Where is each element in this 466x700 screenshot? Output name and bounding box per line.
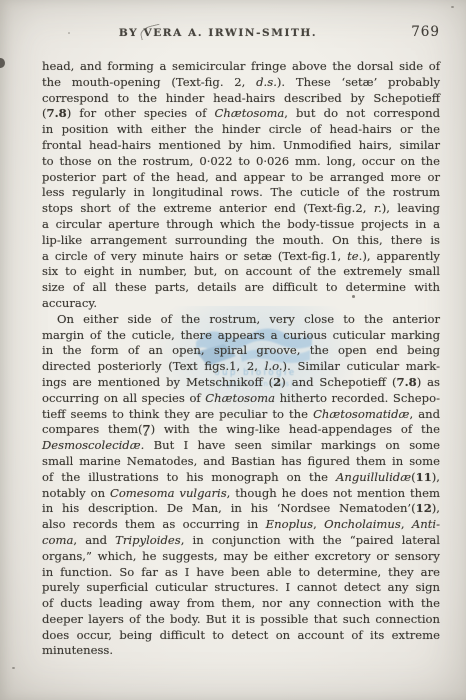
text-line: in his description. De Man, in his ‘Nord… — [42, 501, 440, 517]
taxon-or-abbrev: Chætosoma — [205, 391, 275, 405]
text-line: organs,” which, he suggests, may be eith… — [42, 549, 440, 565]
scan-speck — [352, 295, 355, 298]
text-line: minuteness. — [42, 643, 440, 659]
text-line: coma, and Tripyloides, in conjunction wi… — [42, 533, 440, 549]
taxon-or-abbrev: Tripyloides — [115, 533, 181, 547]
text-line: notably on Comesoma vulgaris, though he … — [42, 486, 440, 502]
reference-number: 12 — [416, 501, 432, 515]
taxon-or-abbrev: Chætosomatidæ — [313, 407, 409, 421]
scan-speck — [451, 6, 454, 8]
text-line: in the form of an open, spiral groove, t… — [42, 343, 440, 359]
reference-number: 7.8 — [397, 375, 417, 389]
text-line: correspond to the hinder head-hairs desc… — [42, 91, 440, 107]
scan-speck — [144, 433, 147, 436]
taxon-or-abbrev: Desmoscolecidæ. — [42, 438, 144, 452]
reference-number: 7.8 — [47, 106, 67, 120]
text-line: a circular aperture through which the bo… — [42, 217, 440, 233]
text-line: margin of the cuticle, there appears a c… — [42, 328, 440, 344]
reference-number: 11 — [416, 470, 432, 484]
paragraph: head, and forming a semicircular fringe … — [42, 59, 440, 312]
taxon-or-abbrev: coma — [42, 533, 73, 547]
text-line: size of all these parts, details are dif… — [42, 280, 440, 296]
text-line: ings are mentioned by Metschnikoff (2) a… — [42, 375, 440, 391]
taxon-or-abbrev: Anti- — [412, 517, 440, 531]
paragraph: On either side of the rostrum, very clos… — [42, 312, 440, 660]
running-header: BY VERA A. IRWIN-SMITH. — [28, 27, 408, 39]
text-line: lip-like arrangement surrounding the mou… — [42, 233, 440, 249]
text-line: the mouth-opening (Text-fig. 2, d.s.). T… — [42, 75, 440, 91]
text-line: posterior part of the head, and appear t… — [42, 170, 440, 186]
text-line: (7.8) for other species of Chætosoma, bu… — [42, 106, 440, 122]
taxon-or-abbrev: Comesoma vulgaris — [110, 486, 227, 500]
taxon-or-abbrev: Anguillulidæ — [336, 470, 411, 484]
taxon-or-abbrev: Oncholaimus — [324, 517, 401, 531]
body-text-column: head, and forming a semicircular fringe … — [42, 59, 440, 659]
text-line: deeper layers of the body. But it is pos… — [42, 612, 440, 628]
text-line: in function. So far as I have been able … — [42, 565, 440, 581]
text-line: directed posteriorly (Text figs.1, 2, l.… — [42, 359, 440, 375]
taxon-or-abbrev: te. — [347, 249, 362, 263]
taxon-or-abbrev: Enoplus — [266, 517, 313, 531]
text-line: also records them as occurring in Enoplu… — [42, 517, 440, 533]
text-line: Desmoscolecidæ. But I have seen similar … — [42, 438, 440, 454]
text-line: frontal head-hairs mentioned by him. Unm… — [42, 138, 440, 154]
text-line: stops short of the extreme anterior end … — [42, 201, 440, 217]
scanned-book-page: BY VERA A. IRWIN-SMITH. 769 oup biologie… — [0, 0, 466, 700]
scan-speck — [420, 240, 422, 242]
text-line: less regularly in longitudinal rows. The… — [42, 185, 440, 201]
text-line: tieff seems to think they are peculiar t… — [42, 407, 440, 423]
text-line: On either side of the rostrum, very clos… — [42, 312, 440, 328]
reference-number: 2 — [273, 375, 281, 389]
text-line: a circle of very minute hairs or setæ (T… — [42, 249, 440, 265]
text-line: compares them(7) with the wing-like head… — [42, 422, 440, 438]
text-line: to those on the rostrum, 0·022 to 0·026 … — [42, 154, 440, 170]
text-line: accuracy. — [42, 296, 440, 312]
text-line: of the illustrations to his monograph on… — [42, 470, 440, 486]
text-line: of ducts leading away from them, nor any… — [42, 596, 440, 612]
scan-ink-blob — [0, 58, 5, 68]
taxon-or-abbrev: Chætosoma — [215, 106, 285, 120]
text-line: occurring on all species of Chætosoma hi… — [42, 391, 440, 407]
page-number: 769 — [411, 24, 440, 40]
taxon-or-abbrev: d.s. — [256, 75, 277, 89]
text-line: does occur, being difficult to detect on… — [42, 628, 440, 644]
text-line: six to eight in number, but, on account … — [42, 264, 440, 280]
text-line: small marine Nematodes, and Bastian has … — [42, 454, 440, 470]
scan-speck — [68, 32, 70, 34]
text-line: purely superficial cuticular structures.… — [42, 580, 440, 596]
taxon-or-abbrev: l.o. — [265, 359, 283, 373]
text-line: in position with either the hinder circl… — [42, 122, 440, 138]
text-line: head, and forming a semicircular fringe … — [42, 59, 440, 75]
scan-speck — [12, 667, 15, 669]
taxon-or-abbrev: r. — [374, 201, 382, 215]
